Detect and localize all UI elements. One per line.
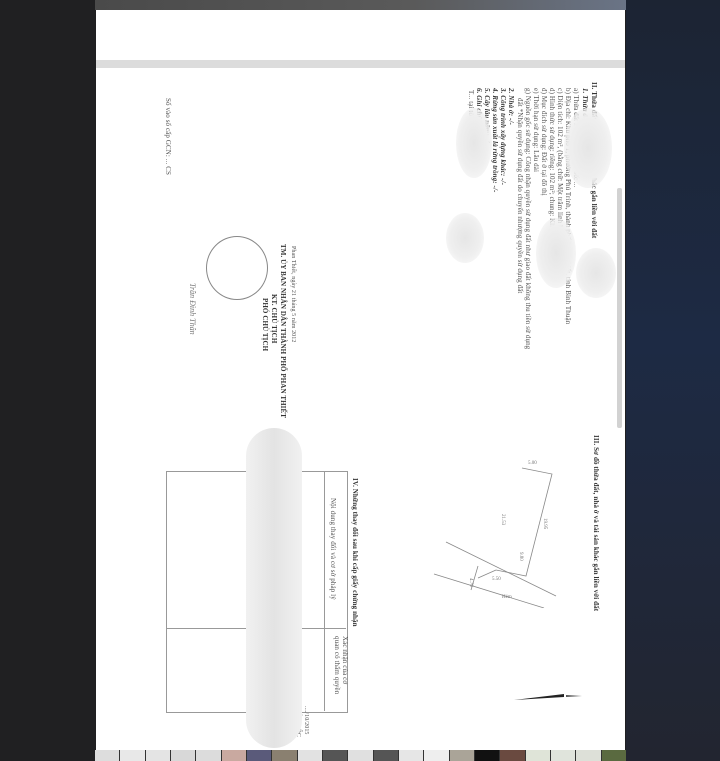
thumbnail[interactable] [222,750,246,761]
section3-title: III. Sơ đồ thửa đất, nhà ở và tài sản kh… [592,435,600,611]
north-arrow-icon [514,688,584,708]
redaction-blur [446,213,484,263]
viewer-top-bar [95,0,626,10]
thumbnail[interactable] [120,750,144,761]
table-divider [324,471,325,711]
thumbnail[interactable] [196,750,220,761]
section4-title: IV. Những thay đổi sau khi cấp giấy chứn… [351,478,359,627]
thumbnail[interactable] [450,750,474,761]
thumbnail[interactable] [576,750,600,761]
thumbnail[interactable] [475,750,499,761]
section4-col2: Xác nhận của cơ quan có thẩm quyền [333,636,349,696]
previous-page [96,10,625,62]
thumbnail[interactable] [95,750,119,761]
section2-g2: đất *Nhận quyền sử dụng đất do chuyển nh… [516,98,524,293]
entry-date: ..../10/2015 [302,706,310,735]
thumbnail[interactable] [424,750,448,761]
dim-label: 21.53 [500,514,505,526]
thumbnail[interactable] [247,750,271,761]
road-label: Hẻm [502,595,512,600]
thumbnail[interactable] [374,750,398,761]
redaction-blur [536,218,576,288]
registry-line: Số vào sổ cấp GCN: ... CS [164,98,172,175]
section4-col1: Nội dung thay đổi và cơ sở pháp lý [329,498,337,600]
section2-sub3: 3. Công trình xây dựng khác: -/- [499,88,507,185]
thumbnail[interactable] [399,750,423,761]
redaction-blur [564,108,612,188]
redaction-blur [576,248,616,298]
land-plot-diagram: 5.00 19.95 21.53 9.80 5.50 4.70 Hẻm [416,448,566,608]
dim-label: 9.80 [518,552,523,561]
redaction-blur [456,108,492,178]
thumbnail[interactable] [272,750,296,761]
dim-label: 5.00 [528,461,537,466]
viewer-left-background [0,0,95,761]
thumbnail[interactable] [298,750,322,761]
signature-org: TM. ỦY BAN NHÂN DÂN THÀNH PHỐ PHAN THIẾT [279,244,287,418]
section2-sub4: 4. Rừng sản xuất là rừng trồng: -/- [491,88,499,192]
document-page: II. Thửa đất, nhà ở và tài sản khác gắn … [96,68,625,750]
viewer-right-background [626,0,720,761]
thumbnail[interactable] [171,750,195,761]
thumbnail[interactable] [348,750,372,761]
section2-g: g) Nguồn gốc sử dụng: Công nhận quyền sử… [524,88,532,349]
signature-handwriting: Trần Đình Thân [188,283,197,335]
thumbnail[interactable] [146,750,170,761]
thumbnail[interactable] [551,750,575,761]
thumbnail-strip [95,750,626,761]
section2-sub2: 2. Nhà ở: -/- [507,88,515,125]
thumbnail[interactable] [602,750,626,761]
thumbnail[interactable] [323,750,347,761]
signature-kt: KT. CHỦ TỊCH [270,294,278,343]
section2-e: e) Thời hạn sử dụng: Lâu dài [532,88,540,172]
thumbnail[interactable] [526,750,550,761]
dim-label: 4.70 [468,578,473,587]
signature-role: PHÓ CHỦ TỊCH [261,298,269,351]
vertical-scrollbar[interactable] [617,188,622,428]
section2-dd: đ) Mục đích sử dụng: Đất ở tại đô thị [540,88,548,196]
signature-date-line: Phan Thiết, ngày 21 tháng 5 năm 2012 [289,246,297,342]
official-stamp [206,236,268,300]
dim-label: 5.50 [492,577,501,582]
dim-label: 19.95 [542,518,547,530]
thumbnail[interactable] [500,750,524,761]
page-gap [96,60,625,68]
redaction-blur [246,428,302,748]
